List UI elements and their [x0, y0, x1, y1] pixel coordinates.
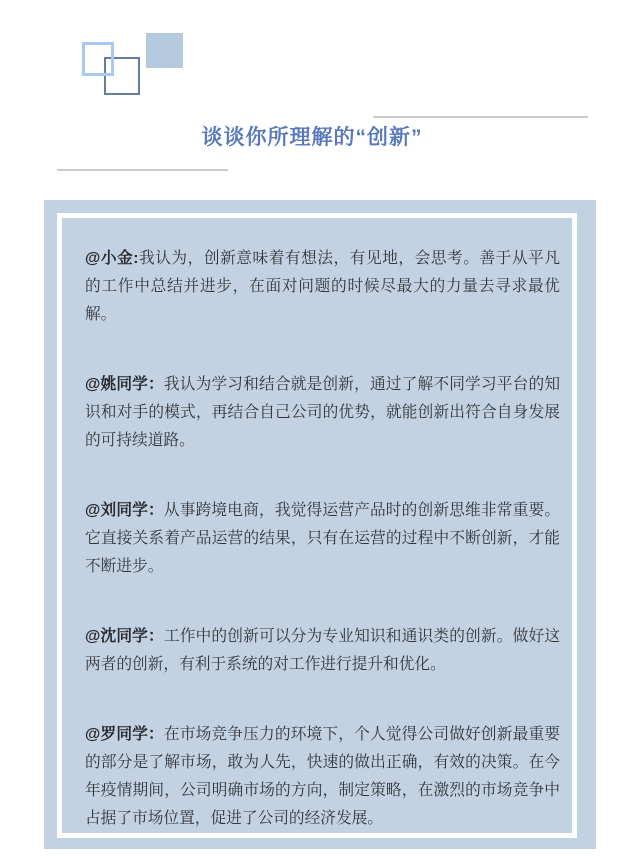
commenter-name: @沈同学： [85, 628, 164, 645]
commenter-name: @罗同学： [85, 726, 164, 743]
decor-light-outline-square [82, 42, 114, 76]
comment-entry: @小金:我认为，创新意味着有想法，有见地，会思考。善于从平凡的工作中总结并进步，… [85, 245, 560, 329]
commenter-name: @刘同学： [85, 502, 164, 519]
comment-entry: @沈同学：工作中的创新可以分为专业知识和通识类的创新。做好这两者的创新，有利于系… [85, 623, 560, 679]
document-page: 谈谈你所理解的“创新” @小金:我认为，创新意味着有想法，有见地，会思考。善于从… [0, 0, 624, 856]
comments-panel: @小金:我认为，创新意味着有想法，有见地，会思考。善于从平凡的工作中总结并进步，… [44, 200, 596, 849]
commenter-name: @姚同学： [85, 376, 164, 393]
commenter-name: @小金: [85, 250, 138, 267]
title-divider-top-right [373, 116, 588, 118]
page-title: 谈谈你所理解的“创新” [0, 121, 624, 151]
comment-entry: @罗同学：在市场竞争压力的环境下，个人觉得公司做好创新最重要的部分是了解市场，敢… [85, 721, 560, 833]
comments-panel-frame: @小金:我认为，创新意味着有想法，有见地，会思考。善于从平凡的工作中总结并进步，… [57, 213, 577, 838]
comment-text: 我认为，创新意味着有想法，有见地，会思考。善于从平凡的工作中总结并进步，在面对问… [85, 250, 560, 323]
comment-entry: @姚同学：我认为学习和结合就是创新，通过了解不同学习平台的知识和对手的模式，再结… [85, 371, 560, 455]
comment-entry: @刘同学：从事跨境电商，我觉得运营产品时的创新思维非常重要。它直接关系着产品运营… [85, 497, 560, 581]
title-divider-bottom-left [57, 169, 228, 171]
decorative-squares [0, 0, 220, 120]
decor-filled-square [146, 33, 183, 68]
